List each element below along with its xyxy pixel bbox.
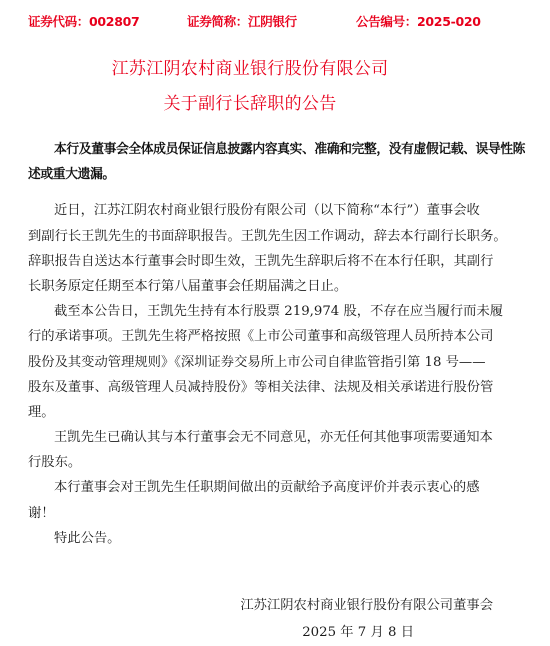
- notice-title: 关于副行长辞职的公告: [0, 89, 500, 114]
- company-title: 江苏江阴农村商业银行股份有限公司: [0, 54, 500, 79]
- paragraph-line: 行股东。: [28, 450, 498, 475]
- stock-abbreviation: 证券简称：江阴银行: [187, 12, 297, 30]
- paragraph-line: 本行董事会对王凯先生任职期间做出的贡献给予高度评价并表示衷心的感: [28, 475, 498, 500]
- stock-code: 证券代码：002807: [28, 12, 139, 30]
- signature-date: 2025 年 7 月 8 日: [302, 621, 414, 640]
- paragraph-line: 谢！: [28, 501, 498, 526]
- document-header: 证券代码：002807 证券简称：江阴银行 公告编号：2025-020: [0, 8, 550, 32]
- statement-line: 本行及董事会全体成员保证信息披露内容真实、准确和完整，没有虚假记载、误导性陈: [28, 137, 498, 162]
- paragraph-line: 辞职报告自送达本行董事会时即生效，王凯先生辞职后将不在本行任职，其副行: [28, 249, 498, 274]
- paragraph-line: 理。: [28, 400, 498, 425]
- signature-issuer: 江苏江阴农村商业银行股份有限公司董事会: [240, 594, 493, 613]
- document-body: 本行及董事会全体成员保证信息披露内容真实、准确和完整，没有虚假记载、误导性陈 述…: [28, 137, 498, 551]
- paragraph-line: 王凯先生已确认其与本行董事会无不同意见，亦无任何其他事项需要通知本: [28, 425, 498, 450]
- paragraph-line: 股东及董事、高级管理人员减持股份》等相关法律、法规及相关承诺进行股份管: [28, 375, 498, 400]
- paragraph-shareholding: 截至本公告日，王凯先生持有本行股票 219,974 股，不存在应当履行而未履 行…: [28, 299, 498, 425]
- paragraph-line: 行的承诺事项。王凯先生将严格按照《上市公司董事和高级管理人员所持本公司: [28, 324, 498, 349]
- paragraph-line: 股份及其变动管理规则》《深圳证券交易所上市公司自律监管指引第 18 号——: [28, 350, 498, 375]
- paragraph-line: 近日，江苏江阴农村商业银行股份有限公司（以下简称“本行”）董事会收: [28, 198, 498, 223]
- paragraph-line: 截至本公告日，王凯先生持有本行股票 219,974 股，不存在应当履行而未履: [28, 299, 498, 324]
- paragraph-thanks: 本行董事会对王凯先生任职期间做出的贡献给予高度评价并表示衷心的感 谢！: [28, 475, 498, 525]
- paragraph-line: 到副行长王凯先生的书面辞职报告。王凯先生因工作调动，辞去本行副行长职务。: [28, 224, 498, 249]
- paragraph-line: 特此公告。: [28, 526, 498, 551]
- paragraph-confirmation: 王凯先生已确认其与本行董事会无不同意见，亦无任何其他事项需要通知本 行股东。: [28, 425, 498, 475]
- statement-line: 述或重大遗漏。: [28, 162, 498, 187]
- paragraph-line: 长职务原定任期至本行第八届董事会任期届满之日止。: [28, 274, 498, 299]
- paragraph-resignation: 近日，江苏江阴农村商业银行股份有限公司（以下简称“本行”）董事会收 到副行长王凯…: [28, 198, 498, 299]
- notice-number: 公告编号：2025-020: [356, 12, 481, 30]
- paragraph-closing: 特此公告。: [28, 526, 498, 551]
